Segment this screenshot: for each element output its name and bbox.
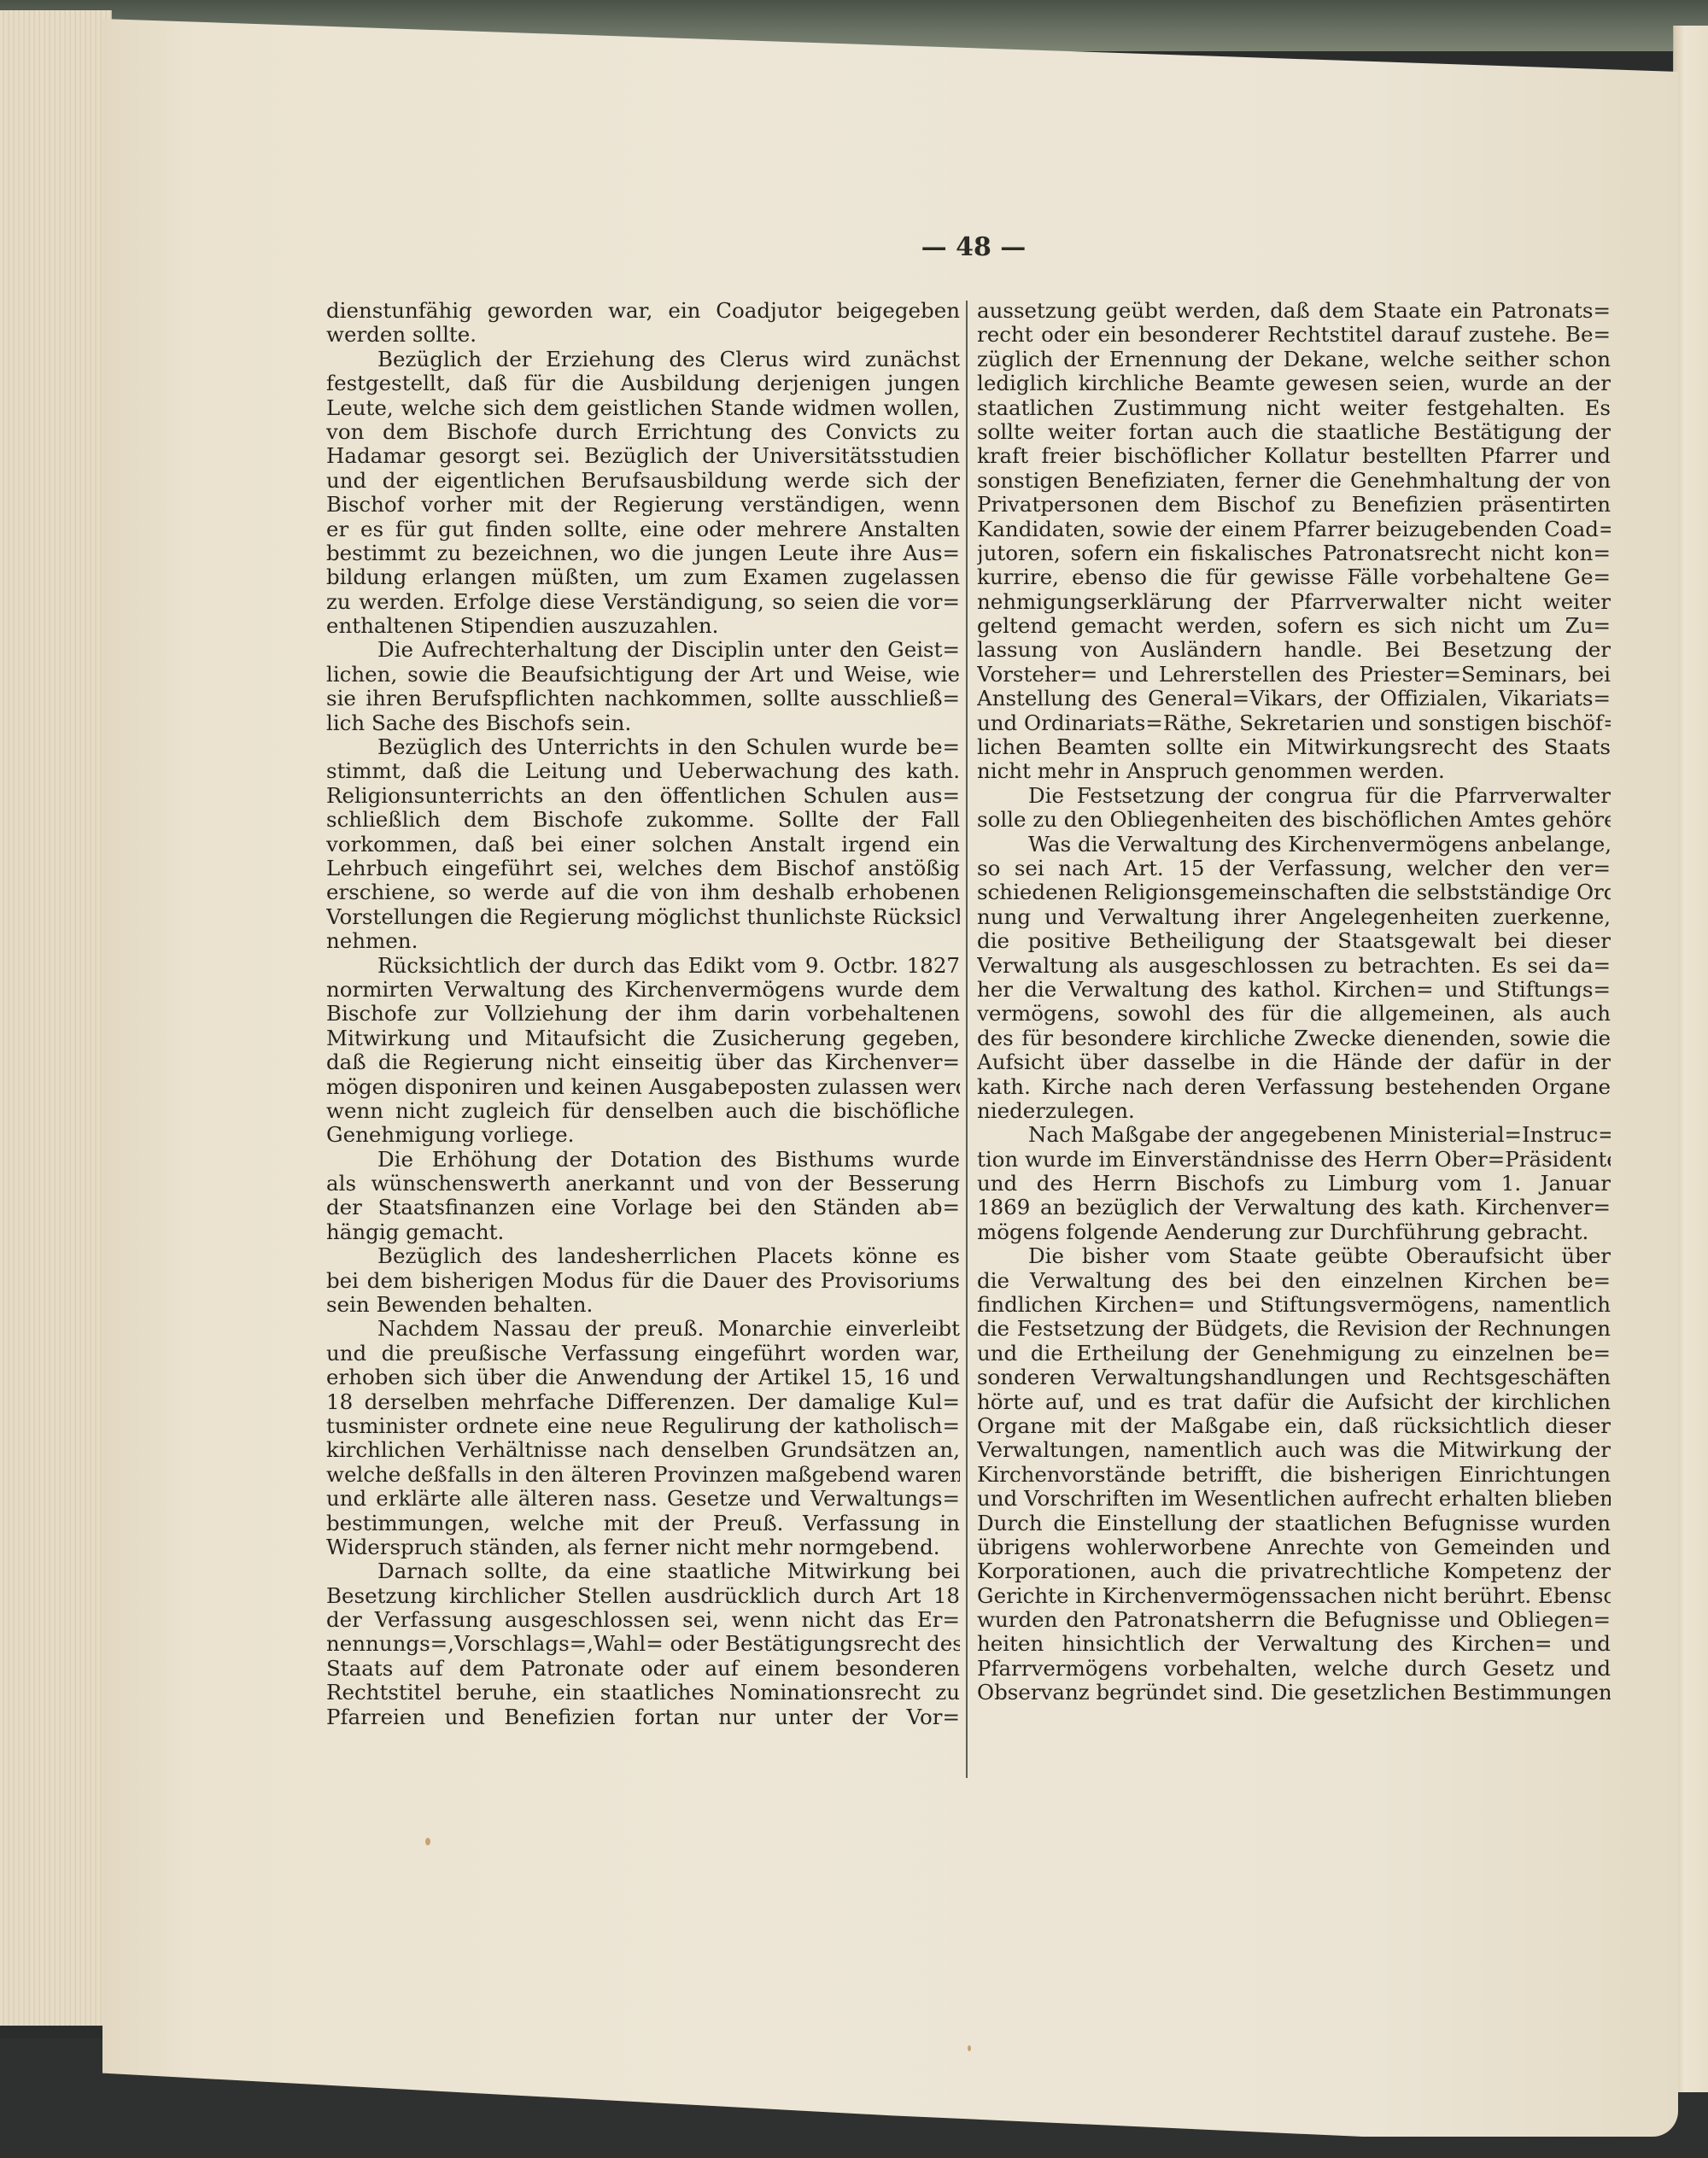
text-line: Die bisher vom Staate geübte Oberaufsich…: [977, 1244, 1611, 1268]
text-line: nehmen.: [326, 929, 960, 953]
text-line: Mitwirkung und Mitaufsicht die Zusicheru…: [326, 1026, 960, 1050]
text-line: heiten hinsichtlich der Verwaltung des K…: [977, 1632, 1611, 1656]
text-line: er es für gut finden sollte, eine oder m…: [326, 518, 960, 541]
text-line: recht oder ein besonderer Rechtstitel da…: [977, 323, 1611, 347]
text-line: nennungs=,Vorschlags=,Wahl= oder Bestäti…: [326, 1632, 960, 1656]
text-line: der Staatsfinanzen eine Vorlage bei den …: [326, 1196, 960, 1219]
text-line: Vorsteher= und Lehrerstellen des Prieste…: [977, 663, 1611, 687]
text-line: Leute, welche sich dem geistlichen Stand…: [326, 396, 960, 420]
text-line: bestimmt zu bezeichnen, wo die jungen Le…: [326, 541, 960, 565]
text-line: kraft freier bischöflicher Kollatur best…: [977, 444, 1611, 468]
text-line: solle zu den Obliegenheiten des bischöfl…: [977, 808, 1611, 832]
text-line: Bischofe zur Vollziehung der ihm darin v…: [326, 1002, 960, 1026]
text-line: Darnach sollte, da eine staatliche Mitwi…: [326, 1559, 960, 1583]
text-line: als wünschenswerth anerkannt und von der…: [326, 1172, 960, 1196]
text-line: kath. Kirche nach deren Verfassung beste…: [977, 1075, 1611, 1099]
text-line: kirchlichen Verhältnisse nach denselben …: [326, 1438, 960, 1462]
text-line: von dem Bischofe durch Errichtung des Co…: [326, 420, 960, 444]
text-line: Anstellung des General=Vikars, der Offiz…: [977, 687, 1611, 711]
text-line: sie ihren Berufspflichten nachkommen, so…: [326, 687, 960, 711]
text-line: vorkommen, daß bei einer solchen Anstalt…: [326, 833, 960, 857]
text-line: Pfarrvermögens vorbehalten, welche durch…: [977, 1657, 1611, 1681]
paper-stain: [968, 2045, 971, 2051]
text-line: lich Sache des Bischofs sein.: [326, 711, 960, 735]
text-line: niederzulegen.: [977, 1099, 1611, 1123]
text-line: mögens folgende Aenderung zur Durchführu…: [977, 1220, 1611, 1244]
text-line: aussetzung geübt werden, daß dem Staate …: [977, 299, 1611, 323]
text-line: staatlichen Zustimmung nicht weiter fest…: [977, 396, 1611, 420]
text-line: und die preußische Verfassung eingeführt…: [326, 1342, 960, 1366]
text-line: der Verfassung ausgeschlossen sei, wenn …: [326, 1608, 960, 1632]
next-page-edge: [1673, 26, 1708, 2092]
text-line: Korporationen, auch die privatrechtliche…: [977, 1559, 1611, 1583]
text-line: und der eigentlichen Berufsausbildung we…: [326, 469, 960, 493]
text-line: Rechtstitel beruhe, ein staatliches Nomi…: [326, 1681, 960, 1705]
text-line: Bezüglich des Unterrichts in den Schulen…: [326, 735, 960, 759]
text-line: Bischof vorher mit der Regierung verstän…: [326, 493, 960, 517]
text-line: sollte weiter fortan auch die staatliche…: [977, 420, 1611, 444]
text-line: nicht mehr in Anspruch genommen werden.: [977, 759, 1611, 783]
text-line: normirten Verwaltung des Kirchenvermögen…: [326, 978, 960, 1002]
text-line: bei dem bisherigen Modus für die Dauer d…: [326, 1269, 960, 1293]
text-line: die Festsetzung der Büdgets, die Revisio…: [977, 1317, 1611, 1341]
text-line: und Ordinariats=Räthe, Sekretarien und s…: [977, 711, 1611, 735]
text-line: Observanz begründet sind. Die gesetzlich…: [977, 1681, 1611, 1705]
text-line: Genehmigung vorliege.: [326, 1123, 960, 1147]
text-line: lichen Beamten sollte ein Mitwirkungsrec…: [977, 735, 1611, 759]
page-stack-edge: [0, 10, 112, 2026]
text-line: Die Aufrechterhaltung der Disciplin unte…: [326, 638, 960, 662]
text-line: tusminister ordnete eine neue Regulirung…: [326, 1414, 960, 1438]
text-line: und des Herrn Bischofs zu Limburg vom 1.…: [977, 1172, 1611, 1196]
text-column-left: dienstunfähig geworden war, ein Coadjuto…: [326, 299, 960, 1729]
text-line: Bezüglich der Erziehung des Clerus wird …: [326, 348, 960, 371]
text-column-right: aussetzung geübt werden, daß dem Staate …: [977, 299, 1611, 1705]
text-line: und die Ertheilung der Genehmigung zu ei…: [977, 1342, 1611, 1366]
text-line: 1869 an bezüglich der Verwaltung des kat…: [977, 1196, 1611, 1219]
text-line: übrigens wohlerworbene Anrechte von Geme…: [977, 1535, 1611, 1559]
text-line: vermögens, sowohl des für die allgemeine…: [977, 1002, 1611, 1026]
text-line: Besetzung kirchlicher Stellen ausdrückli…: [326, 1584, 960, 1608]
text-line: sonderen Verwaltungshandlungen und Recht…: [977, 1366, 1611, 1389]
text-line: 18 derselben mehrfache Differenzen. Der …: [326, 1390, 960, 1414]
text-line: geltend gemacht werden, sofern es sich n…: [977, 614, 1611, 638]
text-line: Nachdem Nassau der preuß. Monarchie einv…: [326, 1317, 960, 1341]
text-line: wenn nicht zugleich für denselben auch d…: [326, 1099, 960, 1123]
text-line: lediglich kirchliche Beamte gewesen seie…: [977, 371, 1611, 395]
text-line: her die Verwaltung des kathol. Kirchen= …: [977, 978, 1611, 1002]
text-line: hängig gemacht.: [326, 1220, 960, 1244]
text-line: sonstigen Benefiziaten, ferner die Geneh…: [977, 469, 1611, 493]
text-line: tion wurde im Einverständnisse des Herrn…: [977, 1148, 1611, 1172]
text-line: und Vorschriften im Wesentlichen aufrech…: [977, 1487, 1611, 1511]
text-line: dienstunfähig geworden war, ein Coadjuto…: [326, 299, 960, 323]
text-line: Kandidaten, sowie der einem Pfarrer beiz…: [977, 518, 1611, 541]
column-divider: [966, 301, 968, 1778]
text-line: hörte auf, und es trat dafür die Aufsich…: [977, 1390, 1611, 1414]
text-line: Die Festsetzung der congrua für die Pfar…: [977, 784, 1611, 808]
text-line: die positive Betheiligung der Staatsgewa…: [977, 929, 1611, 953]
text-line: welche deßfalls in den älteren Provinzen…: [326, 1463, 960, 1487]
text-line: lichen, sowie die Beaufsichtigung der Ar…: [326, 663, 960, 687]
text-line: Privatpersonen dem Bischof zu Benefizien…: [977, 493, 1611, 517]
text-line: schließlich dem Bischofe zukomme. Sollte…: [326, 808, 960, 832]
text-line: mögen disponiren und keinen Ausgabeposte…: [326, 1075, 960, 1099]
text-line: Staats auf dem Patronate oder auf einem …: [326, 1657, 960, 1681]
text-line: Nach Maßgabe der angegebenen Ministerial…: [977, 1123, 1611, 1147]
text-line: so sei nach Art. 15 der Verfassung, welc…: [977, 857, 1611, 880]
text-line: Vorstellungen die Regierung möglichst th…: [326, 905, 960, 929]
text-line: Pfarreien und Benefizien fortan nur unte…: [326, 1705, 960, 1729]
text-line: Hadamar gesorgt sei. Bezüglich der Unive…: [326, 444, 960, 468]
text-line: lassung von Ausländern handle. Bei Beset…: [977, 638, 1611, 662]
text-line: die Verwaltung des bei den einzelnen Kir…: [977, 1269, 1611, 1293]
text-line: züglich der Ernennung der Dekane, welche…: [977, 348, 1611, 371]
text-line: Verwaltungen, namentlich auch was die Mi…: [977, 1438, 1611, 1462]
text-line: bildung erlangen müßten, um zum Examen z…: [326, 565, 960, 589]
text-line: werden sollte.: [326, 323, 960, 347]
text-line: Organe mit der Maßgabe ein, daß rücksich…: [977, 1414, 1611, 1438]
text-line: Aufsicht über dasselbe in die Hände der …: [977, 1050, 1611, 1074]
text-line: Kirchenvorstände betrifft, die bisherige…: [977, 1463, 1611, 1487]
paper-stain: [425, 1838, 430, 1845]
text-line: Verwaltung als ausgeschlossen zu betrach…: [977, 954, 1611, 978]
text-line: Religionsunterrichts an den öffentlichen…: [326, 784, 960, 808]
text-line: wurden den Patronatsherrn die Befugnisse…: [977, 1608, 1611, 1632]
text-line: kurrire, ebenso die für gewisse Fälle vo…: [977, 565, 1611, 589]
text-line: des für besondere kirchliche Zwecke dien…: [977, 1026, 1611, 1050]
text-line: Gerichte in Kirchenvermögenssachen nicht…: [977, 1584, 1611, 1608]
text-line: zu werden. Erfolge diese Verständigung, …: [326, 590, 960, 614]
text-line: Rücksichtlich der durch das Edikt vom 9.…: [326, 954, 960, 978]
text-line: Lehrbuch eingeführt sei, welches dem Bis…: [326, 857, 960, 880]
text-line: Widerspruch ständen, als ferner nicht me…: [326, 1535, 960, 1559]
text-line: Was die Verwaltung des Kirchenvermögens …: [977, 833, 1611, 857]
text-line: Bezüglich des landesherrlichen Placets k…: [326, 1244, 960, 1268]
text-line: und erklärte alle älteren nass. Gesetze …: [326, 1487, 960, 1511]
text-line: Durch die Einstellung der staatlichen Be…: [977, 1512, 1611, 1535]
text-line: nung und Verwaltung ihrer Angelegenheite…: [977, 905, 1611, 929]
text-line: enthaltenen Stipendien auszuzahlen.: [326, 614, 960, 638]
text-line: erschiene, so werde auf die von ihm desh…: [326, 880, 960, 904]
text-line: daß die Regierung nicht einseitig über d…: [326, 1050, 960, 1074]
text-line: jutoren, sofern ein fiskalisches Patrona…: [977, 541, 1611, 565]
text-line: schiedenen Religionsgemeinschaften die s…: [977, 880, 1611, 904]
text-line: sein Bewenden behalten.: [326, 1293, 960, 1317]
text-line: erhoben sich über die Anwendung der Arti…: [326, 1366, 960, 1389]
text-line: bestimmungen, welche mit der Preuß. Verf…: [326, 1512, 960, 1535]
page-number: — 48 —: [888, 232, 1059, 266]
text-line: Die Erhöhung der Dotation des Bisthums w…: [326, 1148, 960, 1172]
text-line: findlichen Kirchen= und Stiftungsvermöge…: [977, 1293, 1611, 1317]
text-line: stimmt, daß die Leitung und Ueberwachung…: [326, 759, 960, 783]
text-line: nehmigungserklärung der Pfarrverwalter n…: [977, 590, 1611, 614]
text-line: festgestellt, daß für die Ausbildung der…: [326, 371, 960, 395]
